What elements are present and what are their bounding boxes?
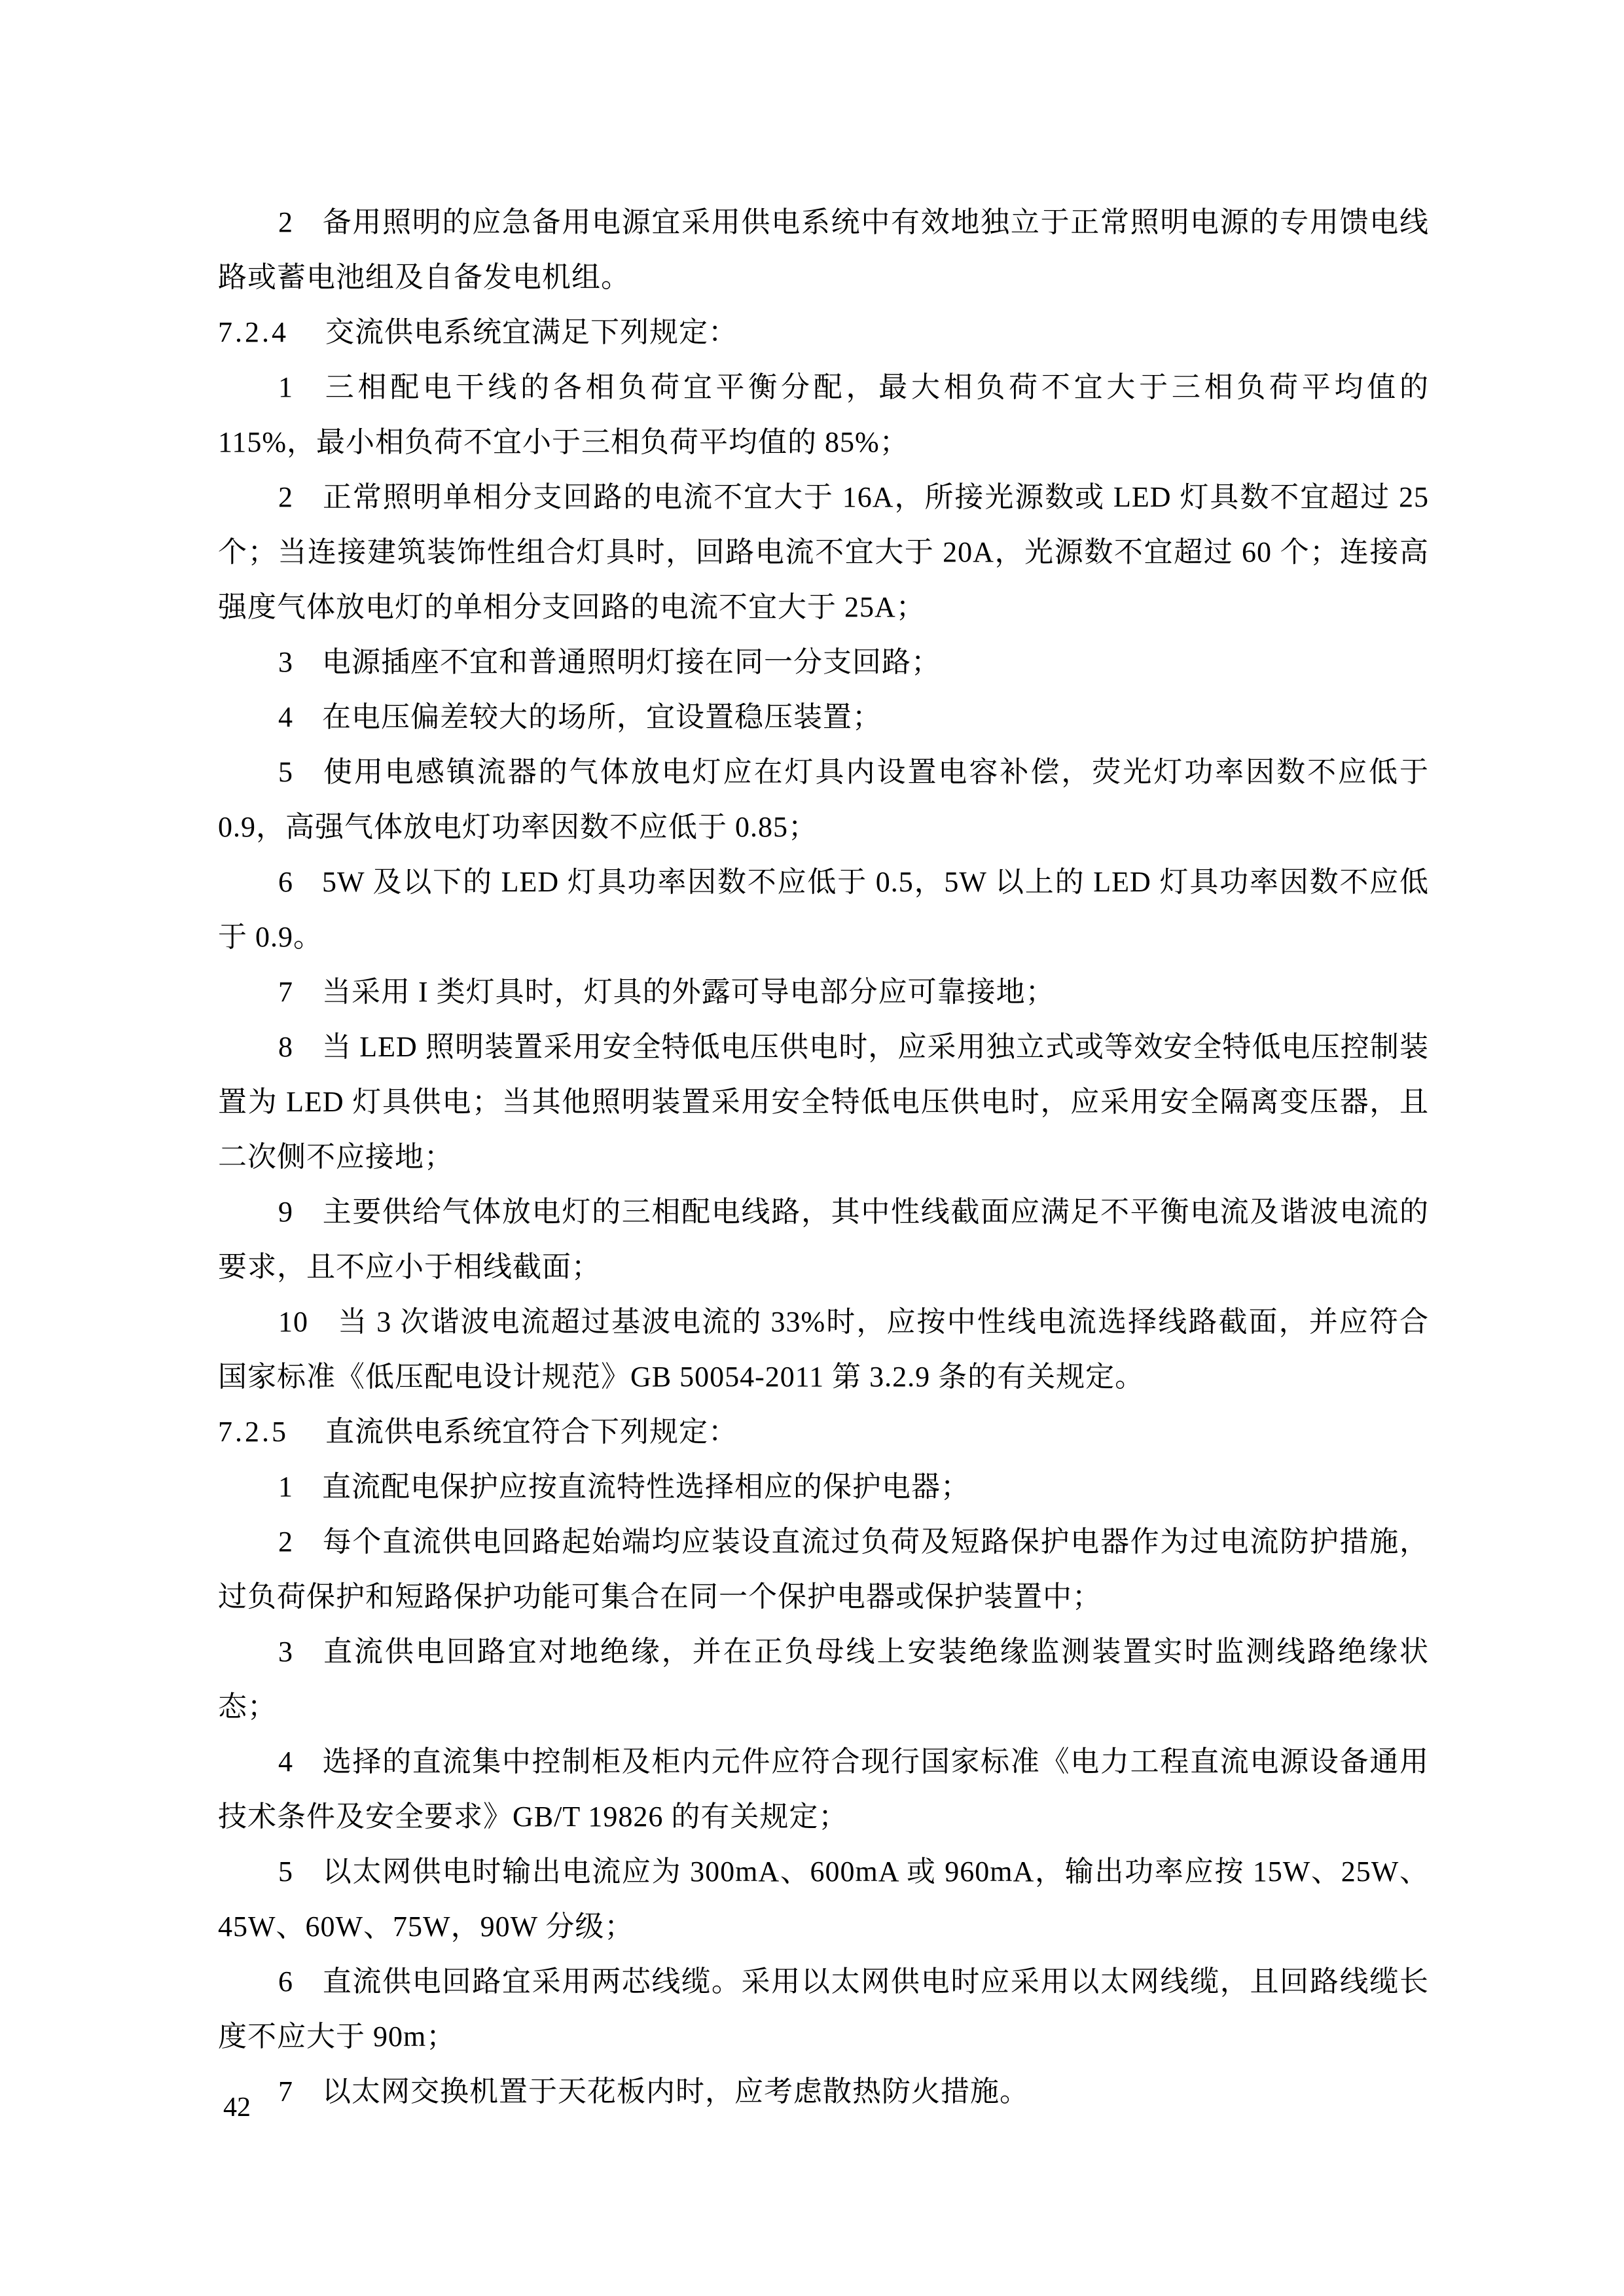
paragraph-text: 当 LED 照明装置采用安全特低电压供电时，应采用独立式或等效安全特低电压控制装… <box>218 1031 1429 1173</box>
paragraph: 1直流配电保护应按直流特性选择相应的保护电器； <box>218 1460 1429 1515</box>
paragraph-number: 9 <box>278 1196 293 1228</box>
document-body: 2备用照明的应急备用电源宜采用供电系统中有效地独立于正常照明电源的专用馈电线路或… <box>218 195 1429 2119</box>
paragraph-number: 4 <box>278 1746 293 1778</box>
paragraph-number: 5 <box>278 756 293 788</box>
paragraph-text: 直流供电回路宜对地绝缘，并在正负母线上安装绝缘监测装置实时监测线路绝缘状态； <box>218 1636 1429 1723</box>
paragraph: 65W 及以下的 LED 灯具功率因数不应低于 0.5，5W 以上的 LED 灯… <box>218 855 1429 965</box>
paragraph-text: 正常照明单相分支回路的电流不宜大于 16A，所接光源数或 LED 灯具数不宜超过… <box>218 481 1429 623</box>
paragraph-number: 6 <box>278 1965 293 1998</box>
paragraph-number: 4 <box>278 701 293 733</box>
paragraph-number: 2 <box>278 481 293 513</box>
paragraph: 7以太网交换机置于天花板内时，应考虑散热防火措施。 <box>218 2064 1429 2119</box>
paragraph: 2备用照明的应急备用电源宜采用供电系统中有效地独立于正常照明电源的专用馈电线路或… <box>218 195 1429 305</box>
paragraph: 2每个直流供电回路起始端均应装设直流过负荷及短路保护电器作为过电流防护措施，过负… <box>218 1515 1429 1624</box>
paragraph-text: 选择的直流集中控制柜及柜内元件应符合现行国家标准《电力工程直流电源设备通用技术条… <box>218 1746 1429 1833</box>
paragraph-text: 以太网交换机置于天花板内时，应考虑散热防火措施。 <box>322 2075 1029 2108</box>
paragraph-number: 8 <box>278 1031 293 1063</box>
paragraph: 5使用电感镇流器的气体放电灯应在灯具内设置电容补偿，荧光灯功率因数不应低于 0.… <box>218 745 1429 855</box>
paragraph-number: 2 <box>278 206 293 238</box>
paragraph-number: 7.2.4 <box>218 316 289 348</box>
paragraph-number: 10 <box>278 1306 308 1338</box>
paragraph: 1三相配电干线的各相负荷宜平衡分配，最大相负荷不宜大于三相负荷平均值的 115%… <box>218 360 1429 470</box>
paragraph-number: 5 <box>278 1856 293 1888</box>
paragraph-number: 1 <box>278 371 293 403</box>
paragraph-text: 电源插座不宜和普通照明灯接在同一分支回路； <box>322 646 941 678</box>
paragraph-text: 每个直流供电回路起始端均应装设直流过负荷及短路保护电器作为过电流防护措施，过负荷… <box>218 1526 1429 1613</box>
paragraph-text: 备用照明的应急备用电源宜采用供电系统中有效地独立于正常照明电源的专用馈电线路或蓄… <box>218 206 1429 293</box>
paragraph: 4在电压偏差较大的场所，宜设置稳压装置； <box>218 690 1429 745</box>
paragraph-number: 1 <box>278 1471 293 1503</box>
paragraph-text: 5W 及以下的 LED 灯具功率因数不应低于 0.5，5W 以上的 LED 灯具… <box>218 866 1429 953</box>
paragraph: 10当 3 次谐波电流超过基波电流的 33%时，应按中性线电流选择线路截面，并应… <box>218 1295 1429 1405</box>
paragraph: 7当采用 I 类灯具时，灯具的外露可导电部分应可靠接地； <box>218 965 1429 1020</box>
paragraph-text: 直流供电系统宜符合下列规定： <box>325 1416 738 1448</box>
paragraph-number: 6 <box>278 866 293 898</box>
paragraph: 6直流供电回路宜采用两芯线缆。采用以太网供电时应采用以太网线缆，且回路线缆长度不… <box>218 1954 1429 2064</box>
paragraph-number: 3 <box>278 1636 293 1668</box>
paragraph-text: 主要供给气体放电灯的三相配电线路，其中性线截面应满足不平衡电流及谐波电流的要求，… <box>218 1196 1429 1283</box>
paragraph-text: 当 3 次谐波电流超过基波电流的 33%时，应按中性线电流选择线路截面，并应符合… <box>218 1306 1429 1393</box>
paragraph-text: 三相配电干线的各相负荷宜平衡分配，最大相负荷不宜大于三相负荷平均值的 115%，… <box>218 371 1429 458</box>
paragraph-text: 以太网供电时输出电流应为 300mA、600mA 或 960mA，输出功率应按 … <box>218 1856 1429 1943</box>
paragraph-text: 交流供电系统宜满足下列规定： <box>325 316 738 348</box>
paragraph: 3电源插座不宜和普通照明灯接在同一分支回路； <box>218 635 1429 690</box>
paragraph: 8当 LED 照明装置采用安全特低电压供电时，应采用独立式或等效安全特低电压控制… <box>218 1020 1429 1185</box>
paragraph-text: 当采用 I 类灯具时，灯具的外露可导电部分应可靠接地； <box>322 976 1055 1008</box>
paragraph-text: 直流供电回路宜采用两芯线缆。采用以太网供电时应采用以太网线缆，且回路线缆长度不应… <box>218 1965 1429 2053</box>
paragraph: 7.2.4交流供电系统宜满足下列规定： <box>218 305 1429 360</box>
paragraph: 9主要供给气体放电灯的三相配电线路，其中性线截面应满足不平衡电流及谐波电流的要求… <box>218 1185 1429 1295</box>
page-number: 42 <box>223 2092 251 2123</box>
paragraph-text: 直流配电保护应按直流特性选择相应的保护电器； <box>322 1471 970 1503</box>
paragraph: 2正常照明单相分支回路的电流不宜大于 16A，所接光源数或 LED 灯具数不宜超… <box>218 470 1429 635</box>
paragraph: 5以太网供电时输出电流应为 300mA、600mA 或 960mA，输出功率应按… <box>218 1844 1429 1954</box>
paragraph: 4选择的直流集中控制柜及柜内元件应符合现行国家标准《电力工程直流电源设备通用技术… <box>218 1734 1429 1844</box>
paragraph-number: 2 <box>278 1526 293 1558</box>
document-page: 2备用照明的应急备用电源宜采用供电系统中有效地独立于正常照明电源的专用馈电线路或… <box>0 0 1624 2296</box>
paragraph-number: 7 <box>278 976 293 1008</box>
paragraph-number: 7 <box>278 2075 293 2108</box>
paragraph-text: 在电压偏差较大的场所，宜设置稳压装置； <box>322 701 882 733</box>
paragraph-text: 使用电感镇流器的气体放电灯应在灯具内设置电容补偿，荧光灯功率因数不应低于 0.9… <box>218 756 1429 843</box>
paragraph: 3直流供电回路宜对地绝缘，并在正负母线上安装绝缘监测装置实时监测线路绝缘状态； <box>218 1624 1429 1734</box>
paragraph-number: 7.2.5 <box>218 1416 289 1448</box>
paragraph: 7.2.5直流供电系统宜符合下列规定： <box>218 1405 1429 1460</box>
paragraph-number: 3 <box>278 646 293 678</box>
